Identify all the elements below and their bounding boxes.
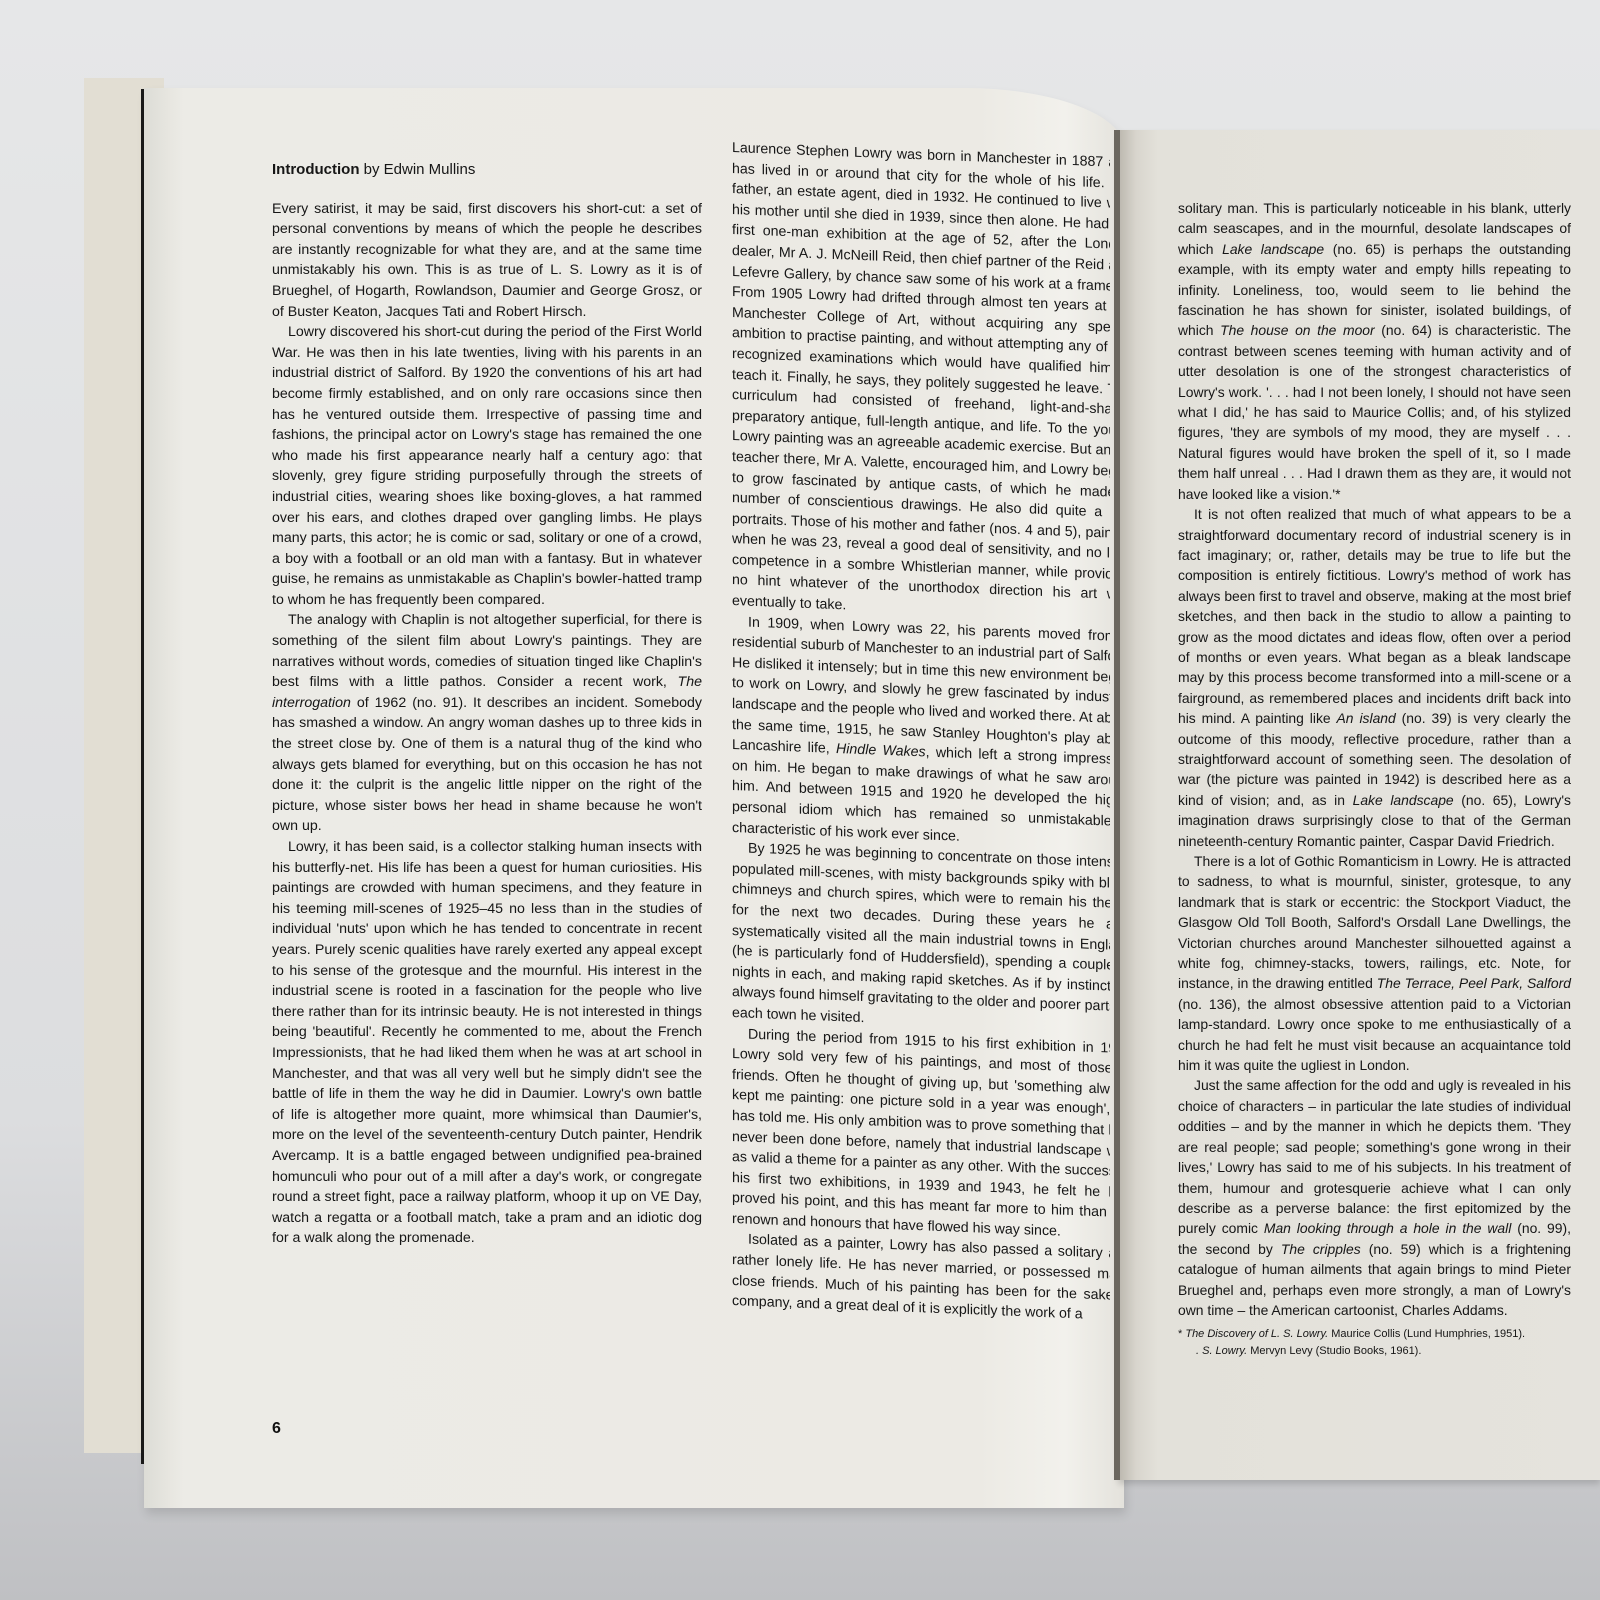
paragraph: solitary man. This is particularly notic… bbox=[1178, 198, 1571, 504]
paragraph: Every satirist, it may be said, first di… bbox=[272, 199, 702, 323]
paragraph: There is a lot of Gothic Romanticism in … bbox=[1178, 851, 1571, 1075]
paragraph: Lowry, it has been said, is a collector … bbox=[272, 837, 702, 1249]
artwork-title: The Terrace, Peel Park, Salford bbox=[1377, 975, 1571, 991]
footnote-marker: * bbox=[1178, 1328, 1182, 1340]
book-gutter bbox=[1114, 130, 1120, 1480]
left-column-1: Introduction by Edwin Mullins Every sati… bbox=[272, 160, 702, 1249]
paragraph: Isolated as a painter, Lowry has also pa… bbox=[732, 1229, 1110, 1327]
paragraph: It is not often realized that much of wh… bbox=[1178, 504, 1571, 851]
artwork-title: Lake landscape bbox=[1222, 241, 1324, 257]
artwork-title: The cripples bbox=[1281, 1241, 1361, 1257]
artwork-title: The house on the moor bbox=[1220, 322, 1375, 338]
paragraph: Lowry discovered his short-cut during th… bbox=[272, 322, 702, 610]
column-2-clip: Laurence Stephen Lowry was born in Manch… bbox=[700, 120, 1110, 1430]
left-column-2: Laurence Stephen Lowry was born in Manch… bbox=[732, 138, 1110, 1327]
artwork-title: Hindle Wakes bbox=[836, 741, 926, 760]
paragraph: In 1909, when Lowry was 22, his parents … bbox=[732, 612, 1110, 854]
footnotes: * The Discovery of L. S. Lowry. Maurice … bbox=[1178, 1326, 1571, 1360]
artwork-title: An island bbox=[1337, 710, 1396, 726]
artwork-title: Man looking through a hole in the wall bbox=[1264, 1220, 1511, 1236]
paragraph: Laurence Stephen Lowry was born in Manch… bbox=[732, 138, 1110, 627]
paragraph: During the period from 1915 to his first… bbox=[732, 1024, 1110, 1245]
article-heading: Introduction by Edwin Mullins bbox=[272, 160, 702, 181]
page-number: 6 bbox=[272, 1420, 281, 1438]
paragraph: Just the same affection for the odd and … bbox=[1178, 1075, 1571, 1320]
paragraph: By 1925 he was beginning to concentrate … bbox=[732, 838, 1110, 1039]
artwork-title: Lake landscape bbox=[1353, 792, 1454, 808]
footnote-2: . S. Lowry. Mervyn Levy (Studio Books, 1… bbox=[1178, 1343, 1571, 1360]
right-column: solitary man. This is particularly notic… bbox=[1178, 198, 1571, 1360]
paragraph: The analogy with Chaplin is not altogeth… bbox=[272, 610, 702, 837]
